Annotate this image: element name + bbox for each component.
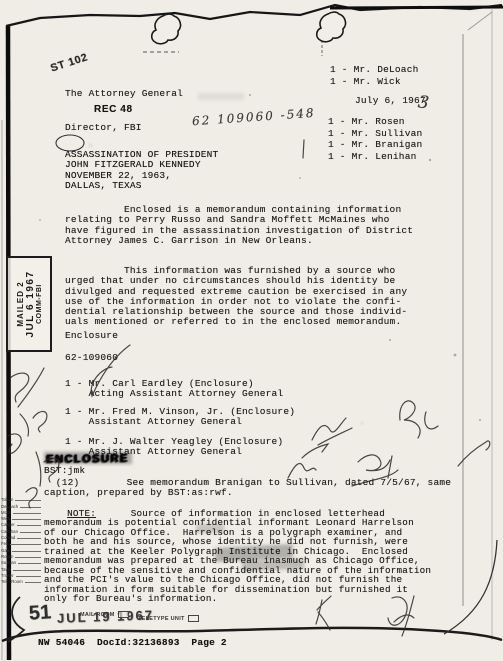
mailed-stamp-line1: MAILED 2	[16, 259, 25, 349]
typist-initials: BST:jmk	[44, 466, 85, 476]
enclosure-label: Enclosure	[65, 331, 118, 341]
handwritten-mark	[358, 455, 392, 478]
mailed-date-stamp: MAILED 2 JUL 6 1967 COMM-FBI	[6, 256, 52, 352]
cc-right-list: 1 - Mr. Rosen 1 - Mr. Sullivan 1 - Mr. B…	[328, 116, 422, 162]
handwritten-mark	[303, 140, 304, 158]
rec-48-stamp: REC 48	[94, 105, 133, 115]
handwritten-mark	[10, 368, 44, 407]
teletype-label: TELETYPE UNIT	[138, 616, 185, 622]
scanned-memo-page: ST 102 The Attorney General REC 48 Direc…	[0, 0, 503, 661]
from-line: Director, FBI	[65, 123, 142, 133]
ink-smudge	[44, 452, 132, 464]
handwritten-mark	[302, 444, 328, 458]
cc-vinson: 1 - Mr. Fred M. Vinson, Jr. (Enclosure) …	[65, 407, 295, 428]
handwritten-file-number: 62 109060 -548	[192, 108, 316, 127]
subject-block: ASSASSINATION OF PRESIDENT JOHN FITZGERA…	[65, 150, 218, 191]
teletype-checkbox	[188, 615, 199, 622]
mail-room-checkbox	[118, 611, 129, 618]
recipient-line: The Attorney General	[65, 89, 183, 99]
cc-eardley: 1 - Mr. Carl Eardley (Enclosure) Acting …	[65, 379, 283, 400]
body-paragraph-2: This information was furnished by a sour…	[65, 266, 407, 328]
mailed-stamp-line2: JUL 6 1967	[25, 259, 36, 349]
punch-hole-icon	[152, 14, 181, 44]
date-line: July 6, 1967	[355, 96, 426, 106]
mailroom-51-stamp: 51	[28, 601, 52, 625]
archive-footer: NW 54046 DocId:32136893 Page 2	[38, 638, 227, 648]
note-text: Source of information in enclosed letter…	[44, 508, 431, 605]
handwritten-mark	[312, 418, 352, 445]
reference-memo: (12) See memorandum Branigan to Sullivan…	[44, 478, 451, 499]
cc-top-list: 1 - Mr. DeLoach 1 - Mr. Wick	[330, 64, 419, 87]
mail-room-checkbox-row: MAIL ROOM	[80, 611, 129, 618]
teletype-checkbox-row: TELETYPE UNIT	[138, 615, 199, 622]
handwritten-mark	[400, 401, 438, 438]
mail-room-label: MAIL ROOM	[80, 612, 115, 618]
handwritten-mark	[20, 411, 47, 436]
mailed-stamp-line3: COMM-FBI	[36, 259, 43, 349]
routing-item: Tele. Room	[1, 578, 43, 584]
body-paragraph-1: Enclosed is a memorandum containing info…	[65, 205, 413, 246]
handwritten-mark	[458, 441, 490, 466]
routing-list: Tolson DeLoach Mohr Wick Casper Callahan…	[1, 496, 43, 584]
note-block: NOTE: Source of information in enclosed …	[44, 499, 431, 613]
punch-hole-icon	[317, 12, 346, 42]
file-number: 62-109060	[65, 353, 118, 363]
handwritten-mark	[8, 434, 21, 453]
st-102-stamp: ST 102	[49, 52, 89, 74]
ink-smudge	[198, 93, 244, 100]
handwritten-mark	[288, 463, 316, 478]
